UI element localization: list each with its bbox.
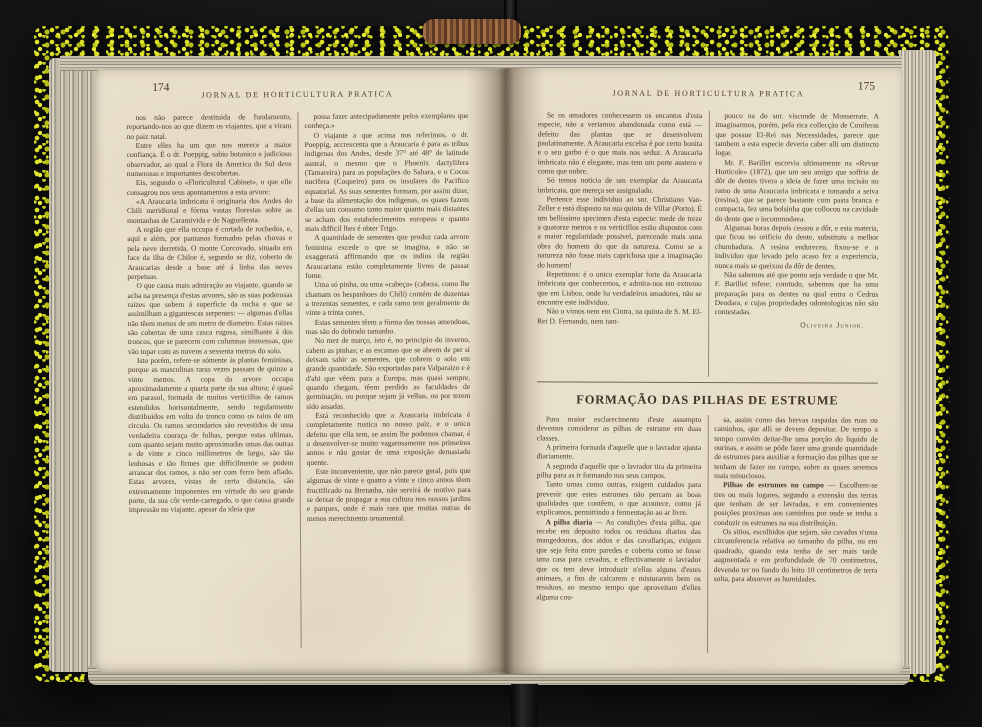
right-page: JORNAL DE HORTICULTURA PRATICA 175 Se os… <box>506 68 903 674</box>
text-column: sa, assim como das hervas raspadas das r… <box>707 415 878 654</box>
paragraph: Isto porém, refere-se sómente ás plantas… <box>128 355 294 515</box>
text-column: nos não parece destituida de fundamento,… <box>126 112 300 649</box>
article-end-columns: Se os amadores conhecessem os encantos d… <box>537 110 879 377</box>
paragraph: Repetimos: é o unico exemplar forte da A… <box>537 269 702 307</box>
paragraph: O viajante a que acima nos referimos, o … <box>305 130 470 234</box>
paragraph: pouco na do snr. visconde de Monserrate.… <box>715 111 879 158</box>
paragraph: Este inconveniente, que não parece geral… <box>307 466 471 523</box>
text-column: pouco na do snr. visconde de Monserrate.… <box>707 111 878 378</box>
page-edge-stack-right <box>899 50 936 674</box>
running-title: JORNAL DE HORTICULTURA PRATICA <box>612 89 804 99</box>
running-title: JORNAL DE HORTICULTURA PRATICA <box>201 89 393 99</box>
paragraph: sa, assim como das hervas raspadas das r… <box>714 415 878 481</box>
paragraph: Eis, segundo o «Floricultural Cabinet», … <box>127 177 292 197</box>
paragraph: A primeira formada d'aquelle que o lavra… <box>537 442 702 461</box>
paragraph: Só temos noticia de um exemplar da Arauc… <box>538 176 703 195</box>
paragraph: Os sitios, escolhidos que sejam, são cav… <box>714 527 878 584</box>
photo-backdrop: 174 JORNAL DE HORTICULTURA PRATICA nos n… <box>0 0 982 727</box>
paragraph: Pertence esse individuo ao snr. Christia… <box>537 195 702 270</box>
paragraph: Pilhas de estrumes no campo — Escolhem-s… <box>714 480 878 527</box>
paragraph: possa fazer antecipadamente pelos exempl… <box>304 111 468 131</box>
paragraph: Não o vimos nem em Cintra, na quinta de … <box>537 307 702 326</box>
paragraph: A segunda d'aquelle que o lavrador tira … <box>537 461 702 480</box>
paragraph: O que causa mais admiração ao viajante, … <box>127 280 292 356</box>
paragraph: A região que ella occupa é cortada de ro… <box>127 224 292 281</box>
paragraph: Mr. F. Barillet escrevia ultimamente na … <box>715 158 879 224</box>
paragraph: Entre elles ha um que nos merece a maior… <box>127 140 292 178</box>
paragraph: Para maior esclarecimento d'este assumpt… <box>537 414 702 443</box>
page-edge-stack-left <box>49 58 96 672</box>
left-page: 174 JORNAL DE HORTICULTURA PRATICA nos n… <box>96 70 506 672</box>
paragraph: nos não parece destituida de fundamento,… <box>126 112 291 141</box>
right-page-header: JORNAL DE HORTICULTURA PRATICA 175 <box>538 82 879 103</box>
left-page-columns: nos não parece destituida de fundamento,… <box>126 111 471 649</box>
spine-headband <box>423 19 521 44</box>
paragraph: Tanto umas como outras, exigem cuidados … <box>536 480 701 518</box>
paragraph-lead: Pilhas de estrumes no campo <box>723 480 824 489</box>
text-column: Para maior esclarecimento d'este assumpt… <box>536 414 707 653</box>
paragraph: No mez de março, isto é, no principio do… <box>306 335 470 411</box>
paragraph: Oliveira Junior. <box>715 320 879 330</box>
left-page-number: 174 <box>152 82 169 94</box>
article-divider: FORMAÇÃO DAS PILHAS DE ESTRUME <box>537 381 878 409</box>
new-article-columns: Para maior esclarecimento d'este assumpt… <box>536 414 878 653</box>
text-column: possa fazer antecipadamente pelos exempl… <box>297 111 471 648</box>
paragraph: Está reconhecido que a Araucaria imbrica… <box>306 410 470 467</box>
paragraph: «A Araucaria imbricata é originaria dos … <box>127 196 292 225</box>
section-heading: FORMAÇÃO DAS PILHAS DE ESTRUME <box>576 393 838 409</box>
paragraph: A pilha diaria — As condições d'esta pil… <box>536 517 701 602</box>
paragraph: A quantidade de sementes que produz cada… <box>305 232 469 280</box>
right-page-number: 175 <box>858 81 875 93</box>
spine-tail <box>511 684 538 727</box>
paragraph-lead: A pilha diaria <box>545 517 592 526</box>
paragraph: Uma só pinha, ou uma «cabeça» (cabeza, c… <box>305 279 469 317</box>
paragraph: Algumas horas depois cessou a dôr, e est… <box>715 223 879 270</box>
paragraph: Não sabemos até que ponto seja verdade o… <box>715 270 879 317</box>
paragraph: Estas sementes têem a fórma das nossas a… <box>306 317 470 337</box>
text-column: Se os amadores conhecessem os encantos d… <box>537 110 708 377</box>
left-page-header: 174 JORNAL DE HORTICULTURA PRATICA <box>126 83 468 105</box>
paragraph: Se os amadores conhecessem os encantos d… <box>538 110 703 176</box>
